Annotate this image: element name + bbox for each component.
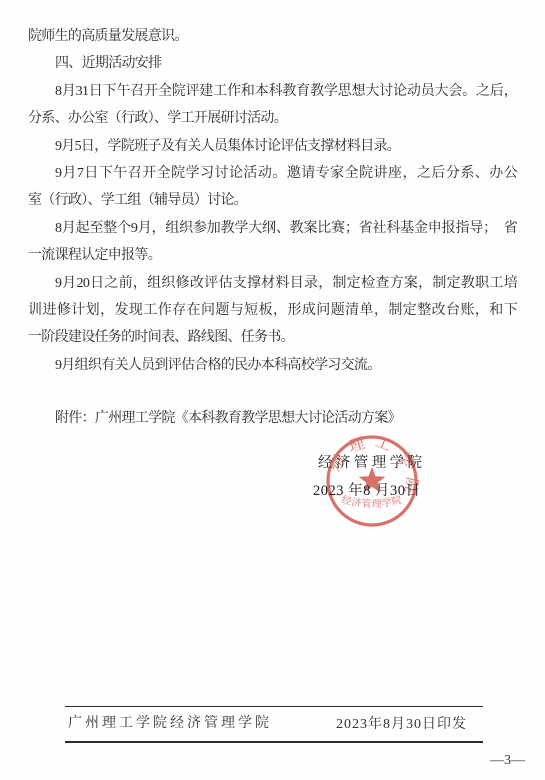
body-line: 一阶段建设任务的时间表、路线图、任务书。	[28, 324, 517, 351]
body-line: 一流课程认定申报等。	[28, 242, 517, 269]
body-line: 9月5日，学院班子及有关人员集体讨论评估支撑材料目录。	[28, 133, 517, 160]
document-page: 院师生的高质量发展意识。四、近期活动安排8月31日下午召开全院评建工作和本科教育…	[0, 0, 545, 780]
body-line: 9月7日下午召开全院学习讨论活动。邀请专家全院讲座，之后分系、办公	[28, 160, 517, 187]
body-line: 训进修计划，发现工作存在问题与短板，形成问题清单，制定整改台账，和下	[28, 297, 517, 324]
official-seal: 广州理工学院 经济管理学院	[320, 430, 424, 534]
signature-unit: 经济管理学院	[318, 455, 425, 471]
page-number: —3—	[490, 753, 525, 769]
body-line: 8月31日下午召开全院评建工作和本科教育教学思想大讨论动员大会。之后，	[28, 78, 517, 105]
footer-issuer: 广州理工学院经济管理学院	[68, 715, 272, 733]
body-line: 9月组织有关人员到评估合格的民办本科高校学习交流。	[28, 352, 517, 379]
attachment-line: 附件：广州理工学院《本科教育教学思想大讨论活动方案》	[28, 405, 517, 432]
body-line: 院师生的高质量发展意识。	[28, 23, 517, 50]
body-line: 8月起至整个9月，组织参加教学大纲、教案比赛；省社科基金申报指导； 省	[28, 215, 517, 242]
signature-date: 2023 年8 月30日	[313, 483, 421, 499]
body-line: 分系、办公室（行政）、学工开展研讨活动。	[28, 105, 517, 132]
body-text: 院师生的高质量发展意识。四、近期活动安排8月31日下午召开全院评建工作和本科教育…	[28, 23, 517, 379]
body-line: 四、近期活动安排	[28, 50, 517, 77]
footer-rule-top	[65, 706, 483, 707]
body-line: 9月20日之前，组织修改评估支撑材料目录，制定检查方案，制定教职工培	[28, 270, 517, 297]
footer-issue-date: 2023年8月30日印发	[336, 716, 467, 734]
body-line: 室（行政）、学工组（辅导员）讨论。	[28, 187, 517, 214]
footer-rule-bottom	[65, 741, 483, 743]
